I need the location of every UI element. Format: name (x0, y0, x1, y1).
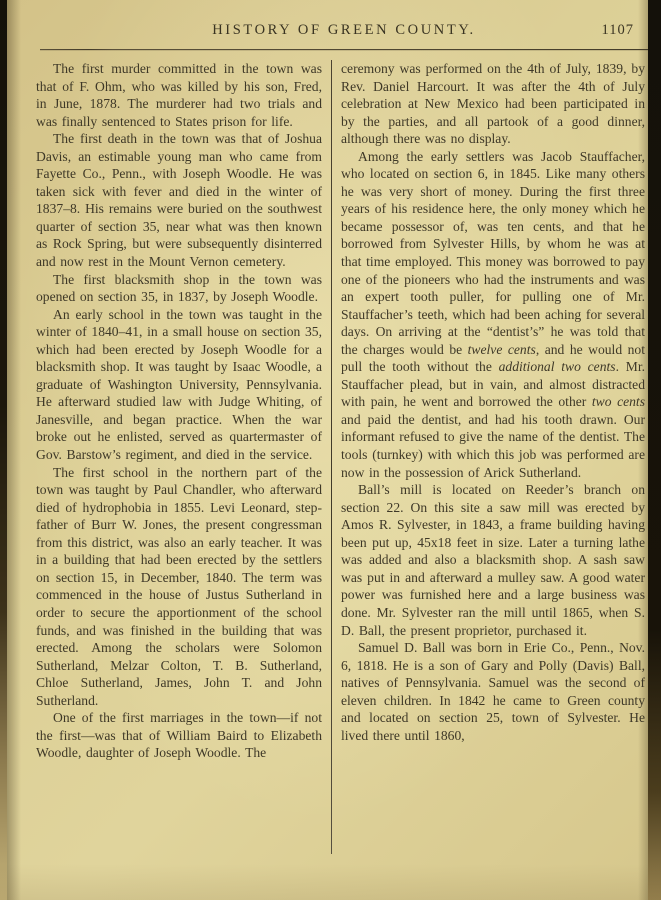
italic-text-run: twelve cents (468, 342, 536, 357)
text-run: and paid the dentist, and had his tooth … (341, 412, 645, 480)
scanned-book-page: { "header": { "title": "HISTORY OF GREEN… (0, 0, 661, 900)
paragraph: Ball’s mill is located on Reeder’s branc… (341, 481, 645, 639)
paragraph: Samuel D. Ball was born in Erie Co., Pen… (341, 639, 645, 744)
text-block: The first murder committed in the town w… (36, 60, 646, 860)
text-run: The first murder committed in the town w… (36, 61, 322, 129)
paragraph: The first blacksmith shop in the town wa… (36, 271, 322, 306)
paragraph: An early school in the town was taught i… (36, 306, 322, 464)
paragraph: The first death in the town was that of … (36, 130, 322, 270)
scan-bottom-shade (0, 864, 661, 900)
right-column: ceremony was performed on the 4th of Jul… (341, 60, 645, 860)
scan-gutter-shadow-left (0, 0, 7, 900)
page: HISTORY OF GREEN COUNTY. 1107 The first … (0, 0, 661, 900)
column-divider (331, 60, 332, 854)
paragraph: One of the first marriages in the town—i… (36, 709, 322, 762)
page-number: 1107 (602, 22, 634, 39)
text-run: The first school in the northern part of… (36, 465, 322, 708)
header-rule (40, 49, 648, 50)
running-head: HISTORY OF GREEN COUNTY. 1107 (40, 22, 648, 42)
scan-gutter-shadow-left-soft (7, 0, 21, 900)
paragraph: Among the early settlers was Jacob Stauf… (341, 148, 645, 481)
page-title: HISTORY OF GREEN COUNTY. (40, 22, 648, 39)
text-run: One of the first marriages in the town—i… (36, 710, 322, 760)
italic-text-run: additional two cents (499, 359, 616, 374)
text-run: Samuel D. Ball was born in Erie Co., Pen… (341, 640, 645, 743)
text-run: Ball’s mill is located on Reeder’s branc… (341, 482, 645, 637)
text-run: The first blacksmith shop in the town wa… (36, 272, 322, 305)
text-run: Among the early settlers was Jacob Stauf… (341, 149, 645, 357)
paragraph: The first school in the northern part of… (36, 464, 322, 710)
paragraph: The first murder committed in the town w… (36, 60, 322, 130)
text-run: An early school in the town was taught i… (36, 307, 322, 462)
text-run: ceremony was performed on the 4th of Jul… (341, 61, 645, 146)
left-column: The first murder committed in the town w… (36, 60, 322, 860)
text-run: The first death in the town was that of … (36, 131, 322, 269)
italic-text-run: two cents (592, 394, 645, 409)
paragraph: ceremony was performed on the 4th of Jul… (341, 60, 645, 148)
scan-edge-shadow-right (648, 0, 661, 900)
